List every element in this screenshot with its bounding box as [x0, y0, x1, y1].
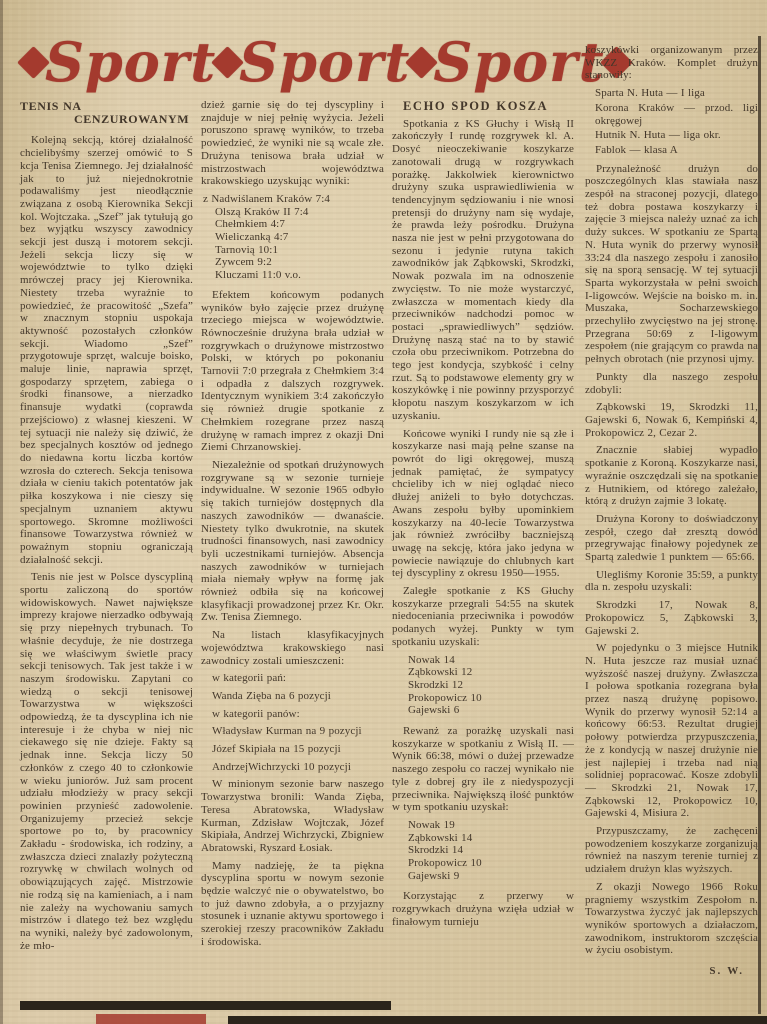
ranking-entry: AndrzejWichrzycki 10 pozycji — [201, 761, 384, 774]
article-title-tennis: TENIS NA CENZUROWANYM — [20, 100, 193, 125]
column-tennis-1: TENIS NA CENZUROWANYM Kolejną sekcją, kt… — [20, 100, 193, 957]
list-item: Gajewski 9 — [408, 870, 574, 883]
paragraph: Kolejną sekcją, której działalność chcie… — [20, 134, 193, 566]
newspaper-page: Sport Sport Sport TENIS NA CENZUROWANYM … — [0, 0, 767, 1024]
paragraph: Efektem końcowym podanych wyników było z… — [201, 289, 384, 454]
red-ink-mark — [96, 1014, 206, 1024]
ranking-entry: Józef Skipiała na 15 pozycji — [201, 743, 384, 756]
tennis-results-list: z Nadwiślanem Kraków 7:4 Olszą Kraków II… — [203, 193, 384, 282]
paragraph: W minionym sezonie barw naszego Towarzys… — [201, 778, 384, 854]
horizontal-rule-bottom-left — [20, 1001, 391, 1010]
paragraph: Znacznie słabiej wypadło spotkanie z Kor… — [585, 444, 758, 508]
paragraph: Rewanż za porażkę uzyskali nasi koszykar… — [392, 725, 574, 814]
list-item: Olszą Kraków II 7:4 — [203, 206, 384, 219]
paragraph: Drużyna Korony to doświadczony zespół, c… — [585, 513, 758, 564]
paragraph: Tenis nie jest w Polsce dyscypliną sport… — [20, 571, 193, 952]
paragraph: Spotkania z KS Głuchy i Wisłą II zakończ… — [392, 118, 574, 423]
author-signature: S. W. — [585, 965, 758, 978]
article-title-basketball: ECHO SPOD KOSZA — [392, 100, 574, 113]
paragraph: Końcowe wyniki I rundy nie są złe i kosz… — [392, 428, 574, 580]
list-item: Sparta N. Huta — I liga — [585, 87, 758, 100]
list-item: Hutnik N. Huta — liga okr. — [585, 129, 758, 142]
paragraph: Z okazji Nowego 1966 Roku pragniemy wszy… — [585, 881, 758, 957]
paragraph: Mamy nadzieję, że ta piękna dyscyplina s… — [201, 860, 384, 949]
scorers-list-wisla: Nowak 19 Ząbkowski 14 Skrodzki 14 Prokop… — [408, 819, 574, 883]
list-item: Nowak 19 — [408, 819, 574, 832]
list-item: Skrodzki 12 — [408, 679, 574, 692]
list-item: Ząbkowski 14 — [408, 832, 574, 845]
scorers-list-gluchy: Nowak 14 Ząbkowski 12 Skrodzki 12 Prokop… — [408, 654, 574, 718]
tournament-teams-list: Sparta N. Huta — I liga Korona Kraków — … — [585, 87, 758, 157]
page-edge-left — [0, 0, 3, 1024]
horizontal-rule-bottom-right — [228, 1016, 767, 1024]
list-item: Gajewski 6 — [408, 704, 574, 717]
list-item: Skrodzki 14 — [408, 844, 574, 857]
list-item: Prokopowicz 10 — [408, 692, 574, 705]
paragraph: dzież garnie się do tej dyscypliny i zna… — [201, 99, 384, 188]
list-item: Fablok — klasa A — [585, 144, 758, 157]
paragraph: Na listach klasyfikacyjnych województwa … — [201, 629, 384, 667]
paragraph: Przypuszczamy, że zachęceni powodzeniem … — [585, 825, 758, 876]
category-label-men: w kategorii panów: — [201, 708, 384, 721]
paragraph: Punkty dla naszego zespołu zdobyli: — [585, 371, 758, 396]
list-item: Tarnovią 10:1 — [203, 244, 384, 257]
column-rule-right — [758, 36, 761, 1014]
title-line-2: CENZUROWANYM — [20, 113, 193, 126]
paragraph: Przynależność drużyn do poszczególnych k… — [585, 163, 758, 366]
sport-wordmark: Sport — [239, 35, 410, 89]
paragraph: Ząbkowski 19, Skrodzki 11, Gajewski 6, N… — [585, 401, 758, 439]
list-item: Prokopowicz 10 — [408, 857, 574, 870]
sport-wordmark: Sport — [433, 35, 604, 89]
list-item: Zywcem 9:2 — [203, 256, 384, 269]
sport-wordmark: Sport — [45, 35, 216, 89]
paragraph: Korzystając z przerwy w rozgrywkach druż… — [392, 890, 574, 928]
paragraph: Ulegliśmy Koronie 35:59, a punkty dla n.… — [585, 569, 758, 594]
ranking-entry: Wanda Zięba na 6 pozycji — [201, 690, 384, 703]
paragraph: Zaległe spotkanie z KS Głuchy koszykarze… — [392, 585, 574, 649]
list-item: z Nadwiślanem Kraków 7:4 — [203, 193, 384, 206]
list-item: Wieliczanką 4:7 — [203, 231, 384, 244]
column-tennis-2: dzież garnie się do tej dyscypliny i zna… — [201, 99, 384, 954]
list-item: Chełmkiem 4:7 — [203, 218, 384, 231]
list-item: Korona Kraków — przod. ligi okręgowej — [585, 102, 758, 127]
paragraph: W pojedynku o 3 miejsce Hutnik N. Huta j… — [585, 642, 758, 820]
list-item: Ząbkowski 12 — [408, 666, 574, 679]
list-item: Kluczami 11:0 v.o. — [203, 269, 384, 282]
paragraph: Skrodzki 17, Nowak 8, Prokopowicz 5, Ząb… — [585, 599, 758, 637]
ranking-entry: Władysław Kurman na 9 pozycji — [201, 725, 384, 738]
column-basketball-2: koszykówki organizowanym przez WKZZ Krak… — [585, 44, 758, 978]
paragraph: koszykówki organizowanym przez WKZZ Krak… — [585, 44, 758, 82]
list-item: Nowak 14 — [408, 654, 574, 667]
title-line-1: TENIS NA — [20, 99, 82, 113]
paragraph: Niezależnie od spotkań drużynowych rozgr… — [201, 459, 384, 624]
column-basketball-1: ECHO SPOD KOSZA Spotkania z KS Głuchy i … — [392, 100, 574, 934]
category-label-women: w kategorii pań: — [201, 672, 384, 685]
masthead: Sport Sport Sport — [22, 30, 586, 94]
